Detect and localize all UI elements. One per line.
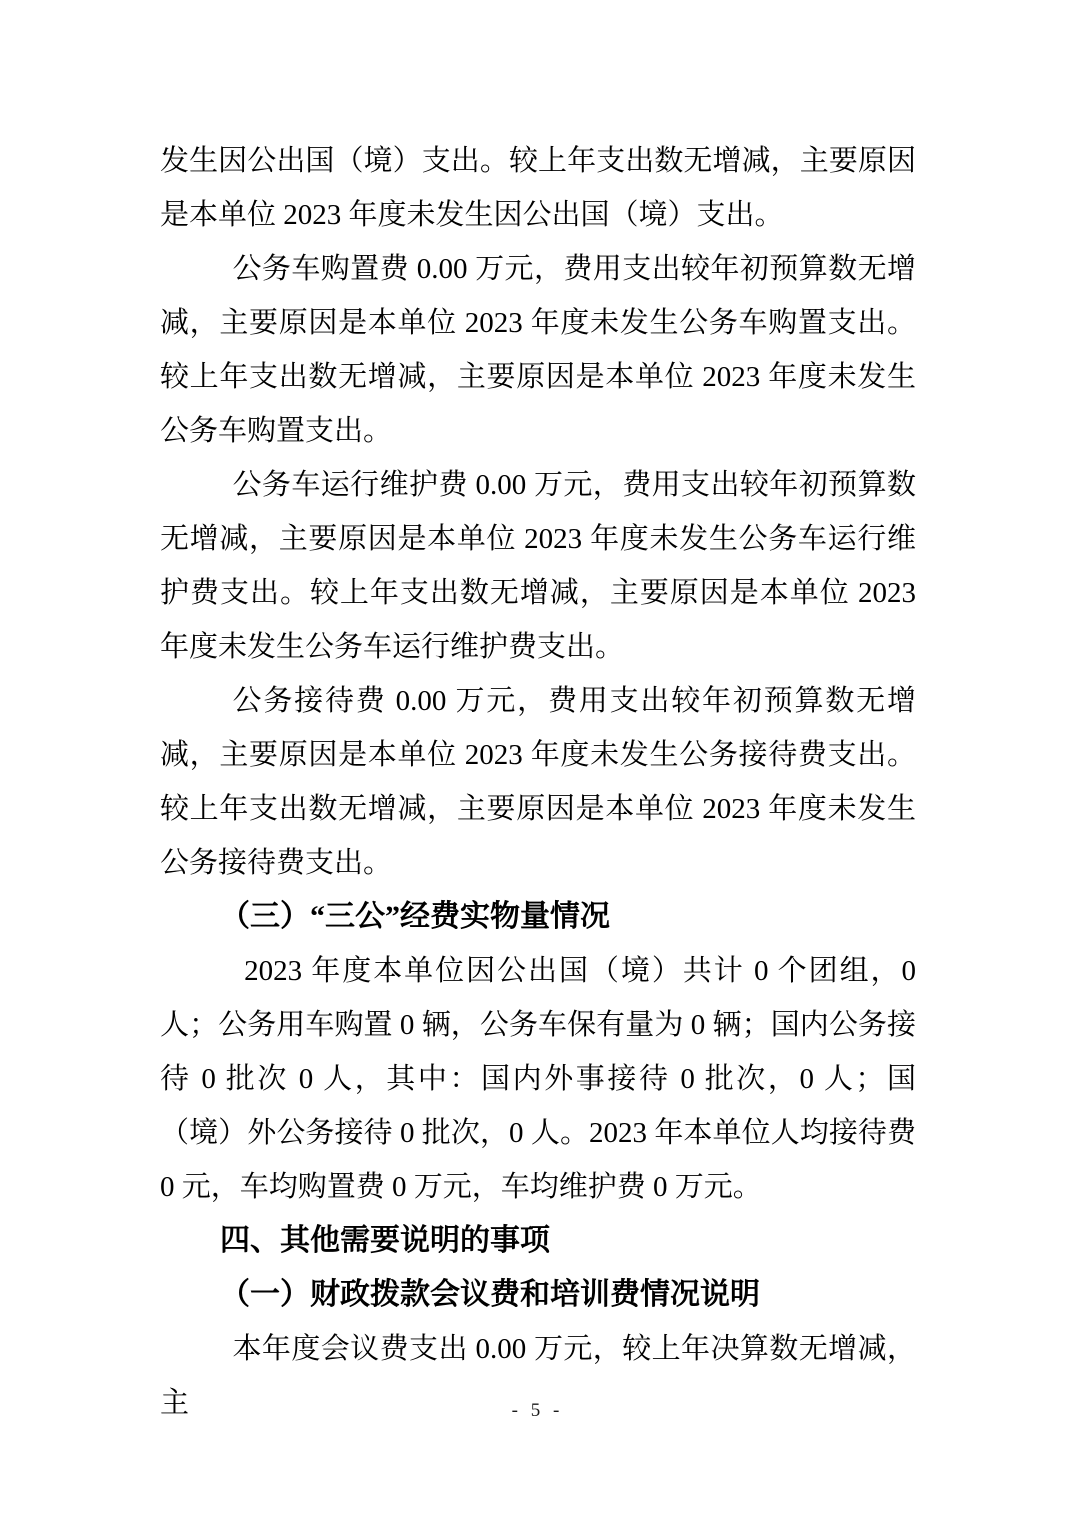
page-content: 发生因公出国（境）支出。较上年支出数无增减，主要原因是本单位 2023 年度未发… xyxy=(160,134,916,1430)
paragraph-physical-quantities: 2023 年度本单位因公出国（境）共计 0 个团组，0 人；公务用车购置 0 辆… xyxy=(160,944,916,1214)
document-page: 发生因公出国（境）支出。较上年支出数无增减，主要原因是本单位 2023 年度未发… xyxy=(0,0,1075,1520)
paragraph-official-reception: 公务接待费 0.00 万元，费用支出较年初预算数无增减，主要原因是本单位 202… xyxy=(160,674,916,890)
paragraph-vehicle-purchase: 公务车购置费 0.00 万元，费用支出较年初预算数无增减，主要原因是本单位 20… xyxy=(160,242,916,458)
paragraph-vehicle-maintenance: 公务车运行维护费 0.00 万元，费用支出较年初预算数无增减，主要原因是本单位 … xyxy=(160,458,916,674)
sub-section-heading-meeting-training-fees: （一）财政拨款会议费和培训费情况说明 xyxy=(160,1268,916,1322)
chapter-heading-other-matters: 四、其他需要说明的事项 xyxy=(160,1214,916,1268)
page-number: - 5 - xyxy=(0,1400,1075,1422)
paragraph-continuation: 发生因公出国（境）支出。较上年支出数无增减，主要原因是本单位 2023 年度未发… xyxy=(160,134,916,242)
sub-section-heading-three-public-quantities: （三）“三公”经费实物量情况 xyxy=(160,890,916,944)
